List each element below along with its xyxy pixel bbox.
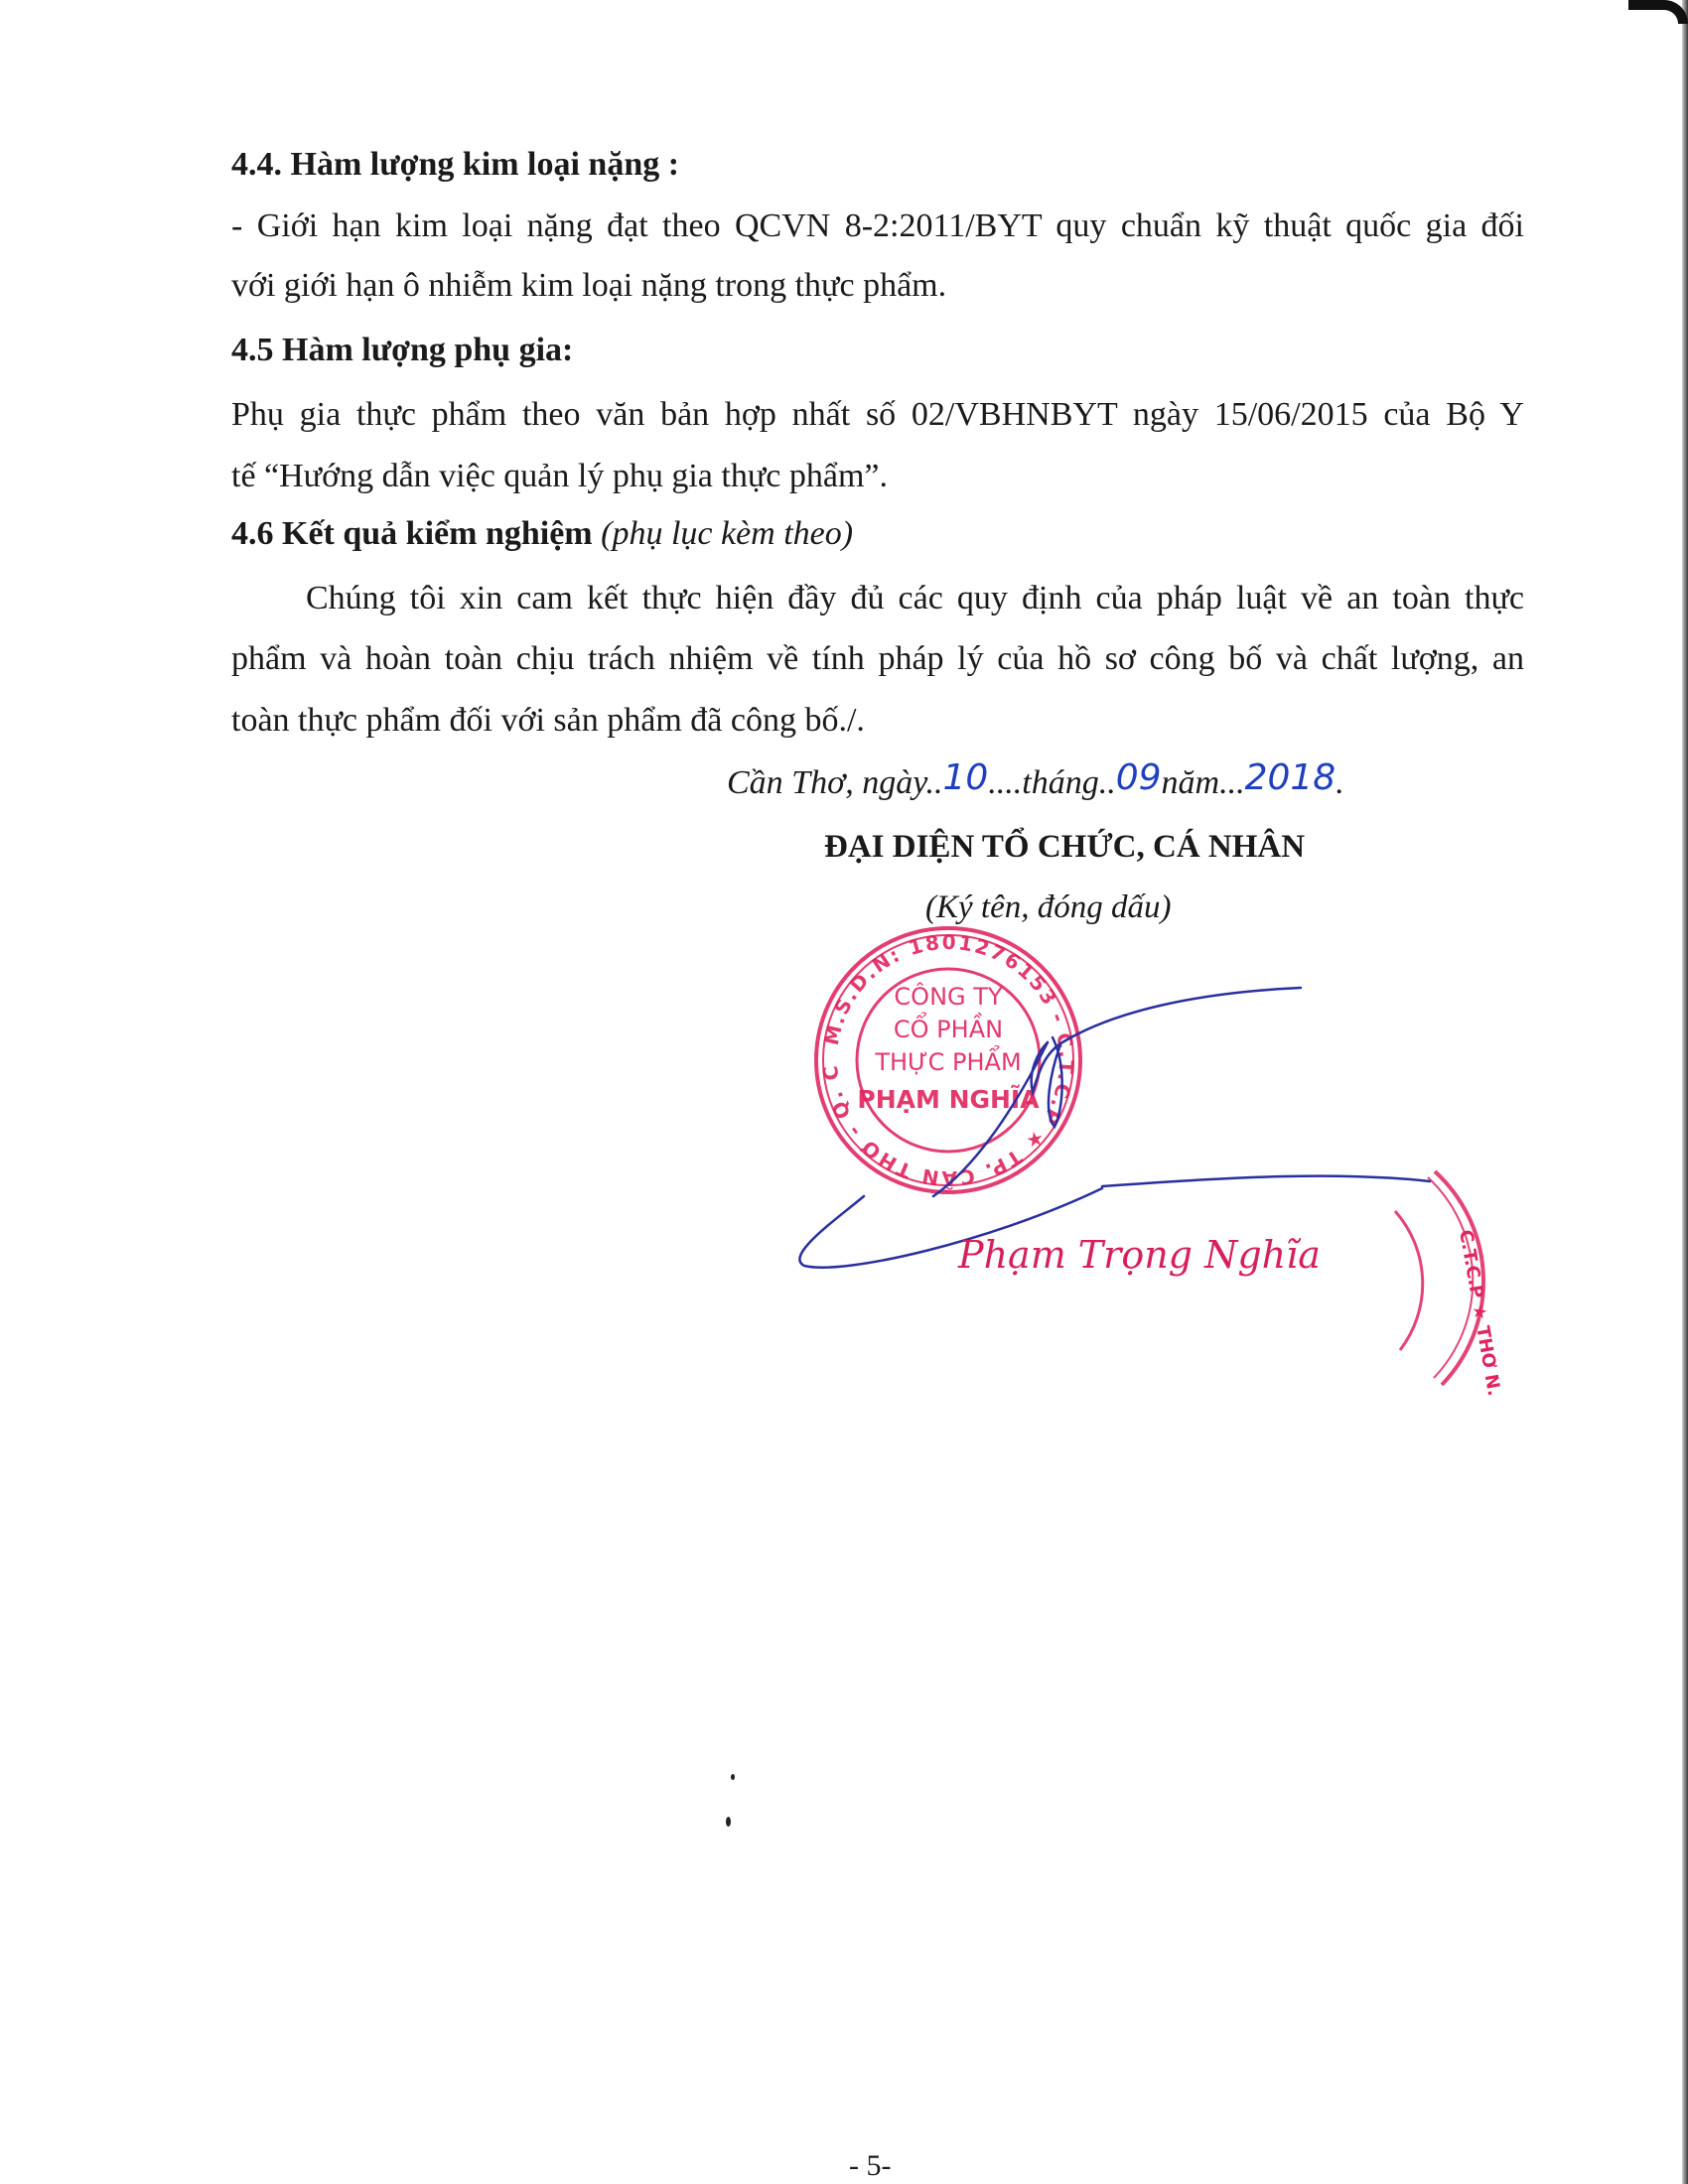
stamp-inner-text: CÔNG TY CỔ PHẦN THỰC PHẨM PHẠM NGHĨA (857, 981, 1040, 1114)
svg-text:CỔ PHẦN: CỔ PHẦN (894, 1011, 1003, 1043)
svg-text:CÔNG TY: CÔNG TY (894, 981, 1002, 1011)
scan-speck (726, 1817, 731, 1827)
signer-name: Phạm Trọng Nghĩa (957, 1233, 1321, 1277)
stamp-outer-text: M.S.D.N: 1801276153 - C.T.C.P ★ TP. CẦN … (0, 0, 1078, 1192)
scan-speck (731, 1774, 735, 1780)
stamp-and-signature: M.S.D.N: 1801276153 - C.T.C.P ★ TP. CẦN … (0, 0, 1688, 2184)
svg-text:THỰC PHẨM: THỰC PHẨM (874, 1044, 1021, 1076)
partial-stamp-text: C.T.C.P ★ THƠ N. (1455, 1228, 1504, 1398)
page-number: - 5- (849, 2149, 891, 2183)
svg-text:PHẠM NGHĨA: PHẠM NGHĨA (857, 1085, 1040, 1114)
